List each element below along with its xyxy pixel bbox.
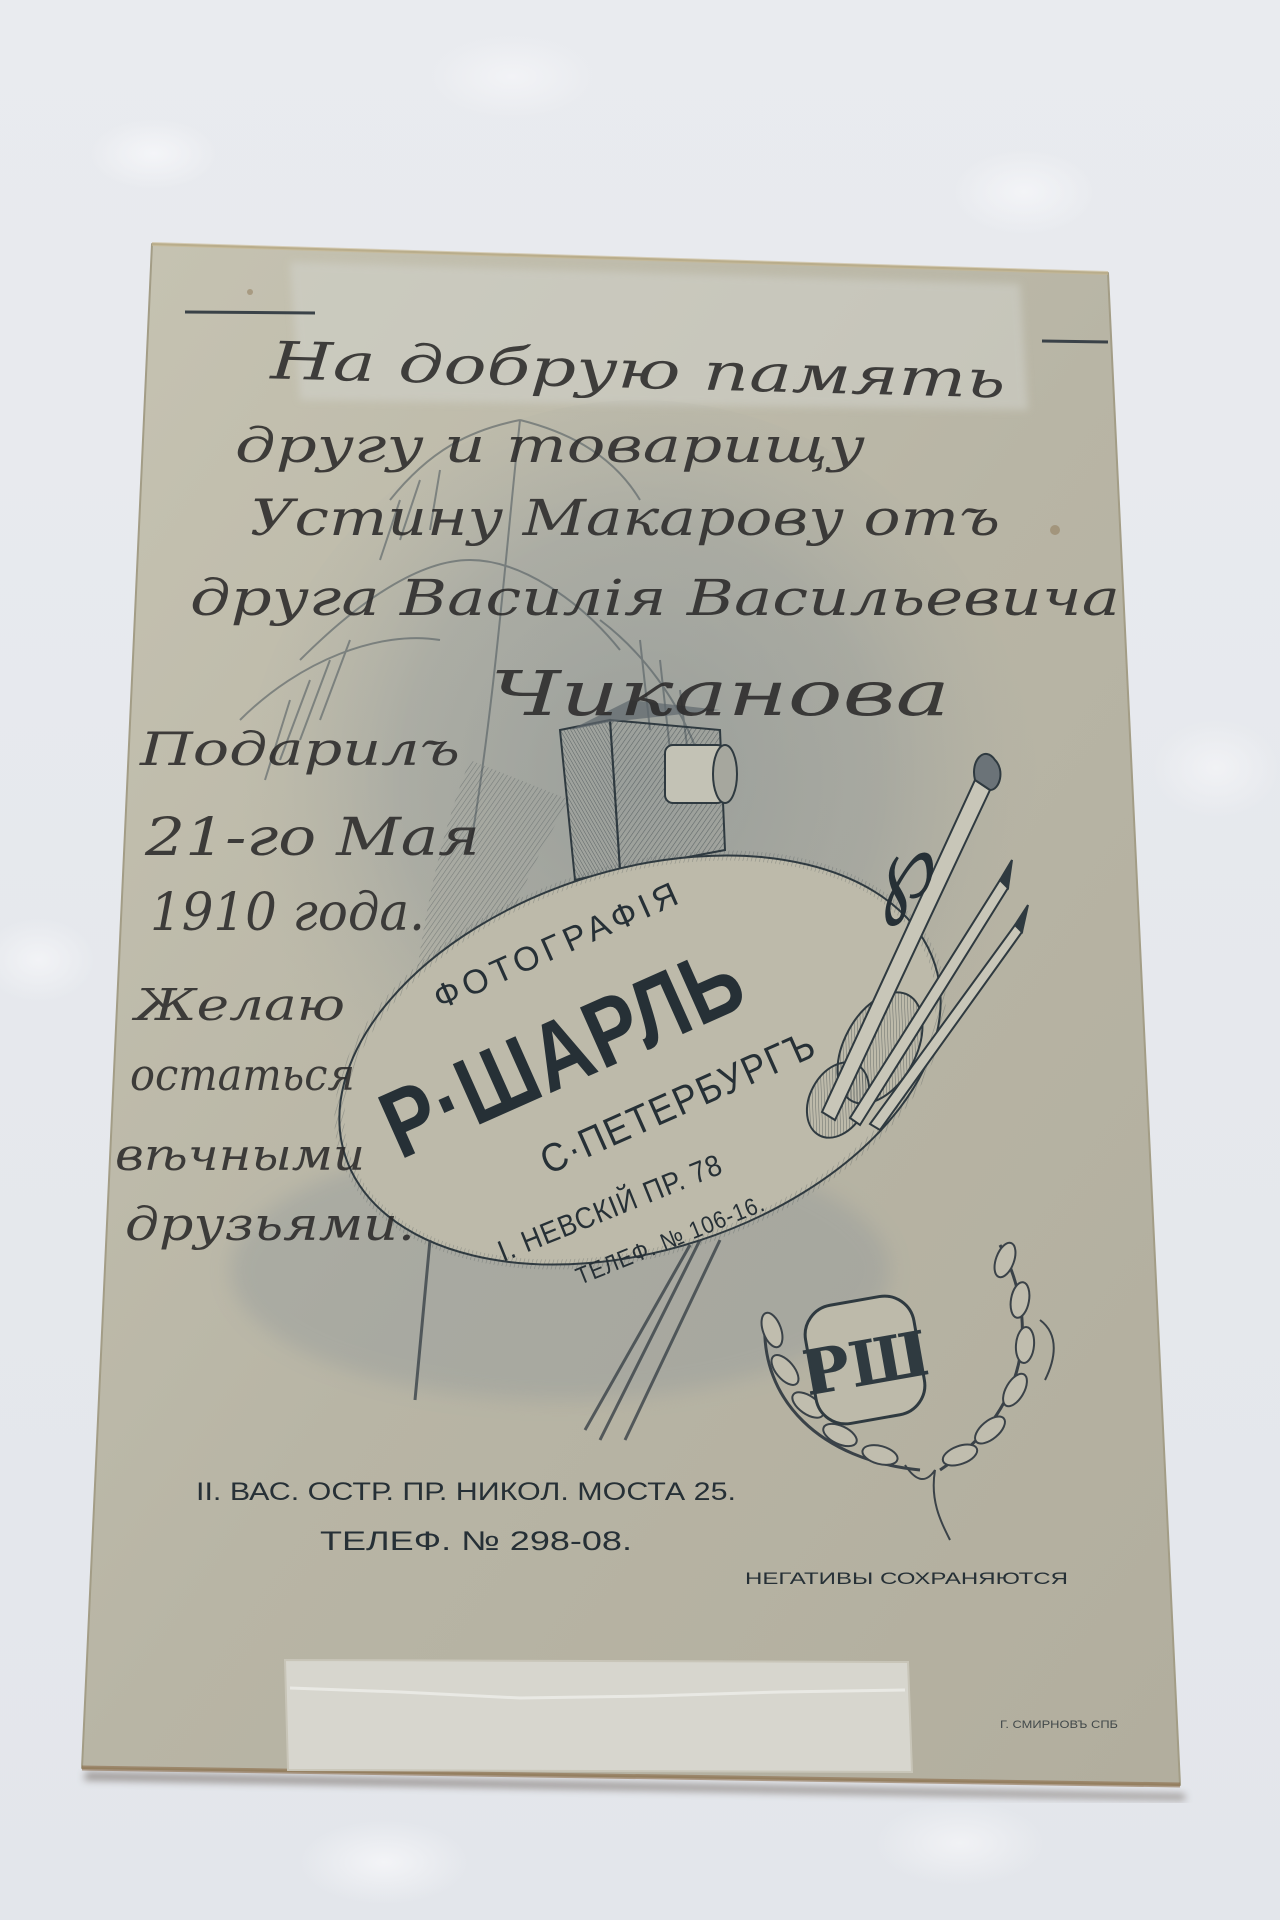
negatives-note: НЕГАТИВЫ СОХРАНЯЮТСЯ [745, 1569, 1068, 1588]
handwriting-line: друзьями. [125, 1197, 415, 1251]
handwriting-line: Устину Макарову отъ [250, 489, 1000, 547]
stain-spot [1050, 525, 1060, 535]
handwriting-line: другу и товарищу [235, 418, 865, 474]
studio-address-2: II. ВАС. ОСТР. ПР. НИКОЛ. МОСТА 25. [196, 1478, 736, 1506]
handwriting-line: остаться [130, 1050, 355, 1101]
studio-phone-2: ТЕЛЕФ. № 298-08. [320, 1526, 632, 1556]
rule-line-left [185, 312, 315, 313]
handwriting-line: Чиканова [490, 657, 950, 730]
handwriting-line: 21-го Мая [144, 808, 480, 868]
handwriting-line: Подарилъ [139, 722, 460, 776]
torn-mount-patch [285, 1660, 912, 1772]
handwriting-line: друга Василія Васильевича [190, 569, 1120, 627]
handwriting-line: Желаю [131, 980, 345, 1031]
rule-line-right [1042, 341, 1108, 342]
handwriting-line: 1910 года. [150, 883, 425, 943]
stain-spot [247, 289, 253, 295]
printer-mark: Г. СМИРНОВЪ СПБ [1000, 1719, 1118, 1731]
handwriting-line: вѣчными [115, 1130, 365, 1181]
photo-card-back: РШ ФОТОГРАФІЯ Р·ШАРЛЬ ℘ С·ПЕТЕРБУРГЪ I. … [0, 0, 1280, 1920]
